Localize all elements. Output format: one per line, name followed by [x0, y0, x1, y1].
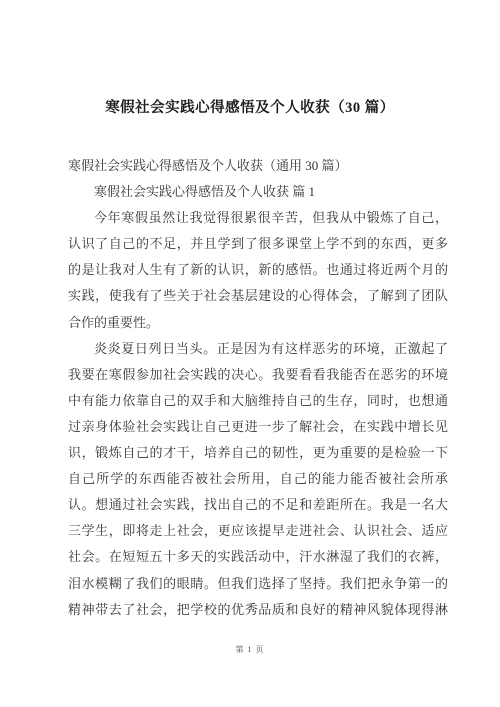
text-line: 寒假社会实践心得感悟及个人收获（通用 30 篇）	[68, 153, 448, 179]
text-line: 炎炎夏日列日当头。正是因为有这样恶劣的环境，正激起了	[68, 336, 448, 362]
text-line: 泪水模糊了我们的眼睛。但我们选择了坚持。我们把永争第一的	[68, 571, 448, 597]
text-line: 过亲身体验社会实践让自己更进一步了解社会，在实践中增长见	[68, 414, 448, 440]
text-line: 三学生，即将走上社会，更应该提早走进社会、认识社会、适应	[68, 518, 448, 544]
text-line: 识，锻炼自己的才干，培养自己的韧性，更为重要的是检验一下	[68, 440, 448, 466]
text-line: 我要在寒假参加社会实践的决心。我要看看我能否在恶劣的环境	[68, 362, 448, 388]
text-line: 合作的重要性。	[68, 310, 448, 336]
text-line: 今年寒假虽然让我觉得很累很辛苦，但我从中锻炼了自己，	[68, 205, 448, 231]
text-line: 认识了自己的不足，并且学到了很多课堂上学不到的东西，更多	[68, 231, 448, 257]
page-number: 第 1 页	[0, 644, 500, 655]
text-line: 中有能力依靠自己的双手和大脑维持自己的生存，同时，也想通	[68, 388, 448, 414]
text-line: 自己所学的东西能否被社会所用，自己的能力能否被社会所承	[68, 466, 448, 492]
text-line: 精神带去了社会，把学校的优秀品质和良好的精神风貌体现得淋	[68, 597, 448, 623]
document-title: 寒假社会实践心得感悟及个人收获（30 篇）	[50, 96, 450, 117]
text-line: 社会。在短短五十多天的实践活动中，汗水淋湿了我们的衣裤，	[68, 544, 448, 570]
text-line: 实践，使我有了些关于社会基层建设的心得体会，了解到了团队	[68, 283, 448, 309]
text-line: 的是让我对人生有了新的认识，新的感悟。也通过将近两个月的	[68, 257, 448, 283]
text-line: 认。想通过社会实践，找出自己的不足和差距所在。我是一名大	[68, 492, 448, 518]
document-body: 寒假社会实践心得感悟及个人收获（通用 30 篇）寒假社会实践心得感悟及个人收获 …	[68, 153, 448, 623]
document-page: 寒假社会实践心得感悟及个人收获（30 篇） 寒假社会实践心得感悟及个人收获（通用…	[0, 0, 500, 707]
text-line: 寒假社会实践心得感悟及个人收获 篇 1	[68, 179, 448, 205]
